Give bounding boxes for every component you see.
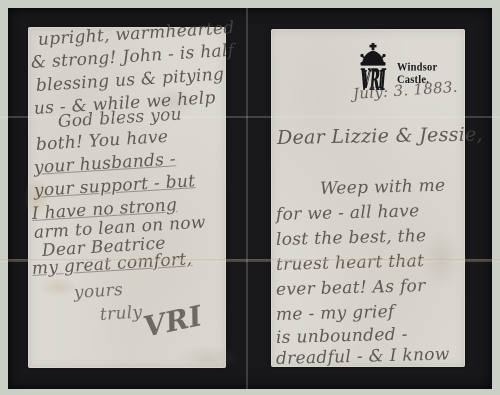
- mount-fold-line: [246, 8, 248, 389]
- letter-page-left: upright, warmhearted & strong! John - is…: [28, 27, 226, 368]
- handwritten-line: for we - all have: [276, 201, 420, 225]
- handwritten-line: me - my grief: [276, 302, 395, 325]
- closing-line: yours: [73, 280, 123, 303]
- closing-line: truly: [99, 302, 143, 325]
- handwritten-line: dreadful - & I know: [276, 344, 450, 369]
- handwritten-line: Weep with me: [320, 176, 446, 199]
- letter-page-right: VRI VRI Windsor Castle. July: 3. 1883. D…: [271, 29, 465, 367]
- handwritten-line: truest heart that: [276, 251, 425, 275]
- salutation-line: Dear Lizzie & Jessie,: [277, 123, 483, 149]
- handwritten-line: is unbounded -: [276, 325, 408, 348]
- royal-signature: VRI: [141, 299, 206, 344]
- handwritten-line: lost the best, the: [276, 226, 427, 250]
- paper-stain: [421, 229, 461, 289]
- paper-stain: [38, 277, 78, 297]
- handwritten-line: ever beat! As for: [276, 276, 426, 300]
- letter-photograph: upright, warmhearted & strong! John - is…: [0, 0, 500, 395]
